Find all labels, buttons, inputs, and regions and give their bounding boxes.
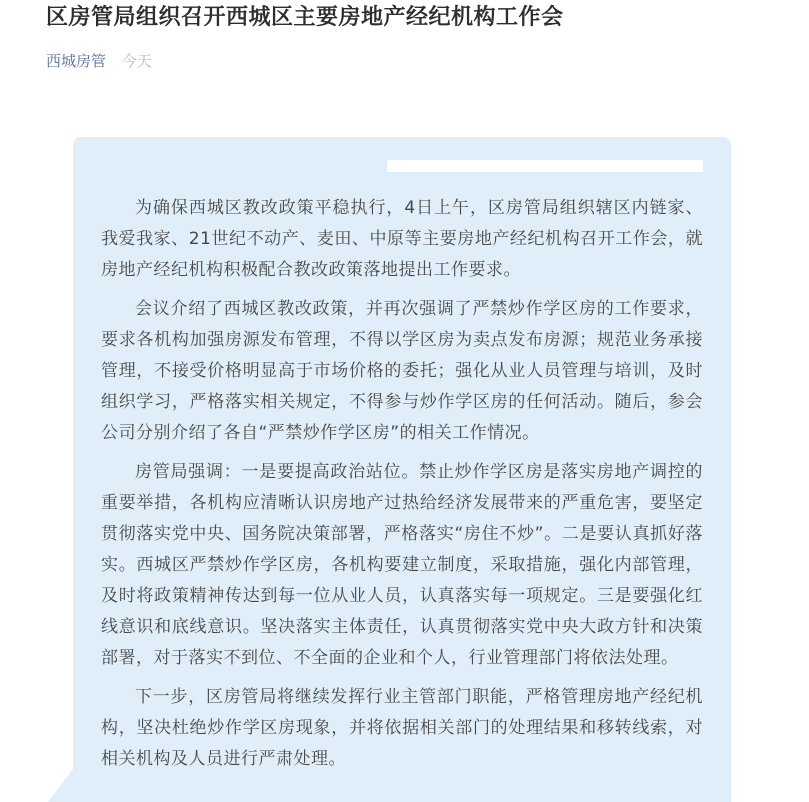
publish-date: 今天 [122, 52, 152, 70]
article-page: 区房管局组织召开西城区主要房地产经纪机构工作会 西城房管 今天 为确保西城区教改… [0, 0, 809, 802]
page-title: 区房管局组织召开西城区主要房地产经纪机构工作会 [46, 2, 776, 34]
paragraph-4: 下一步，区房管局将继续发挥行业主管部门职能，严格管理房地产经纪机构，坚决杜绝炒作… [101, 682, 703, 775]
source-account-link[interactable]: 西城房管 [46, 52, 106, 70]
byline: 西城房管 今天 [46, 51, 152, 71]
paragraph-3: 房管局强调：一是要提高政治站位。禁止炒作学区房是落实房地产调控的重要举措，各机构… [101, 457, 703, 674]
article-body: 为确保西城区教改政策平稳执行，4日上午，区房管局组织辖区内链家、我爱我家、21世… [101, 193, 703, 783]
masked-header-bar [387, 160, 703, 172]
paragraph-2: 会议介绍了西城区教改政策，并再次强调了严禁炒作学区房的工作要求，要求各机构加强房… [101, 294, 703, 449]
notice-bubble: 为确保西城区教改政策平稳执行，4日上午，区房管局组织辖区内链家、我爱我家、21世… [73, 137, 731, 802]
paragraph-1: 为确保西城区教改政策平稳执行，4日上午，区房管局组织辖区内链家、我爱我家、21世… [101, 193, 703, 286]
bubble-tail [48, 769, 73, 802]
